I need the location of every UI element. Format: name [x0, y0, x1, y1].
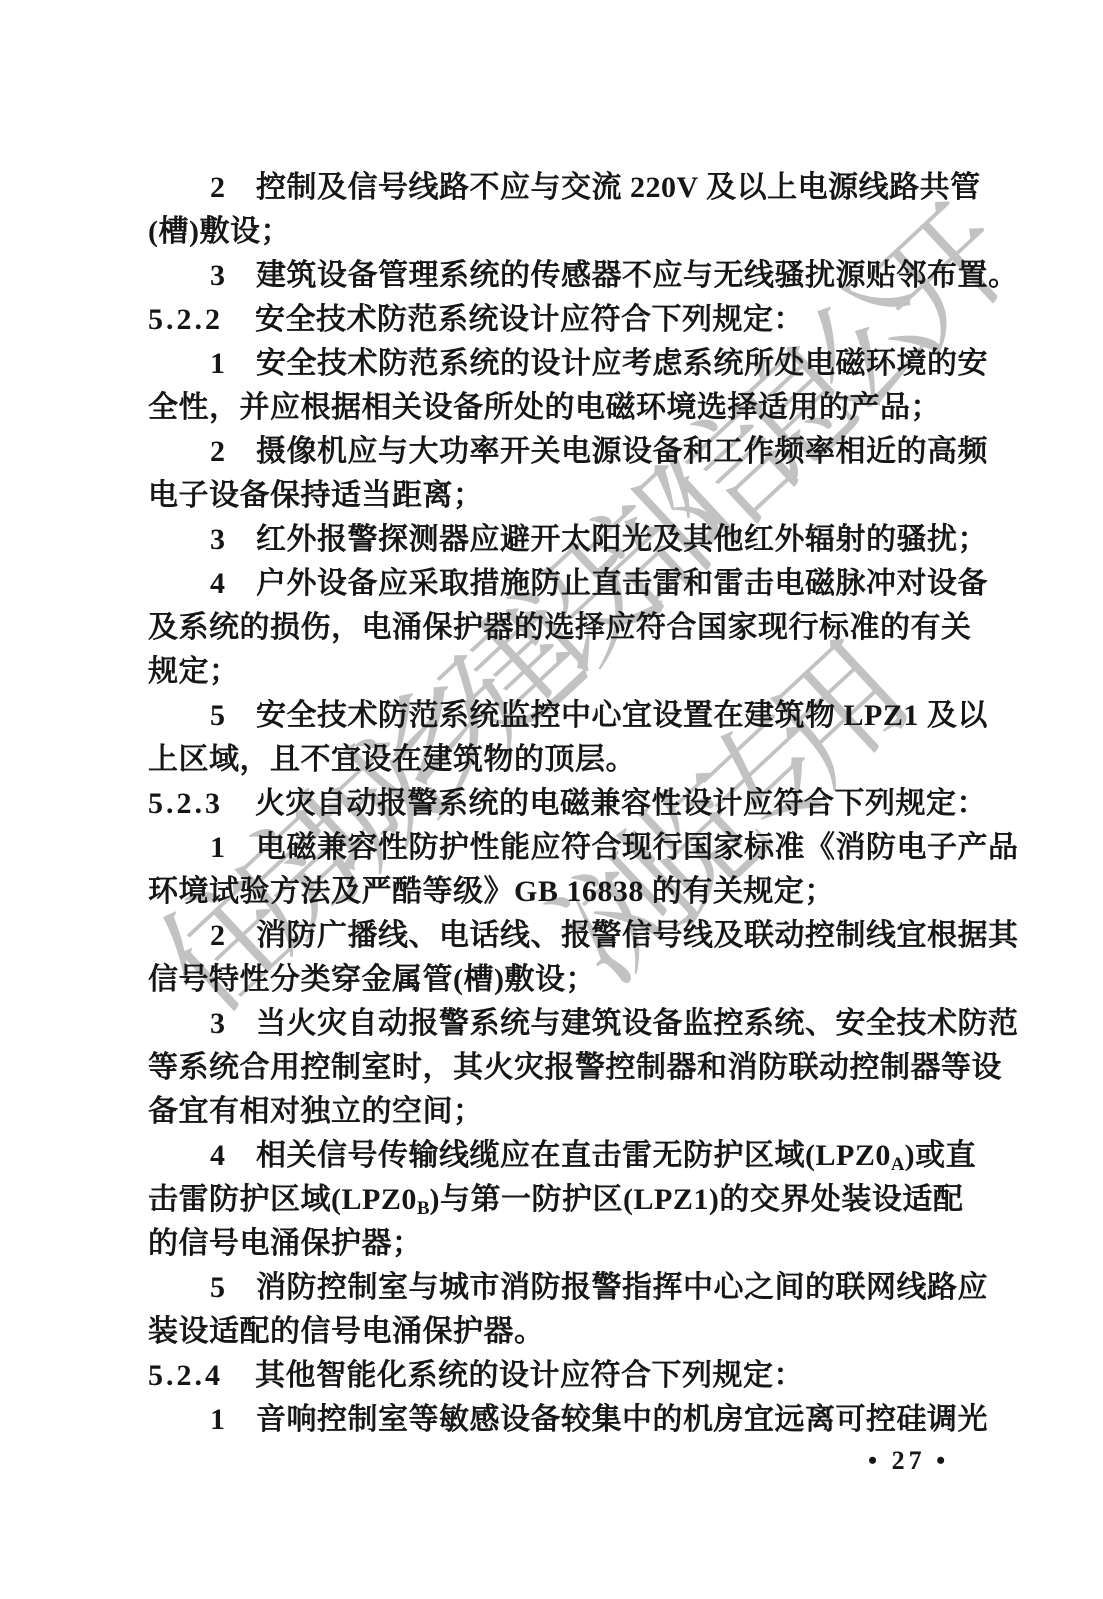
item-number: 3 — [210, 518, 226, 562]
text-line: 4户外设备应采取措施防止直击雷和雷击电磁脉冲对设备 — [148, 562, 978, 606]
line-text: 规定； — [148, 655, 240, 688]
document-text-block: 2控制及信号线路不应与交流 220V 及以上电源线路共管(槽)敷设；3建筑设备管… — [148, 166, 978, 1442]
line-text: 控制及信号线路不应与交流 220V 及以上电源线路共管 — [256, 171, 981, 204]
clause-number: 5.2.3 — [148, 782, 223, 826]
text-line: 1电磁兼容性防护性能应符合现行国家标准《消防电子产品 — [148, 826, 978, 870]
text-line: 及系统的损伤，电涌保护器的选择应符合国家现行标准的有关 — [148, 606, 978, 650]
item-number: 3 — [210, 254, 226, 298]
scanned-document-page: 住房城乡建设部信息公开 浏览专用 2控制及信号线路不应与交流 220V 及以上电… — [0, 0, 1103, 1599]
text-line: (槽)敷设； — [148, 210, 978, 254]
item-number: 4 — [210, 562, 226, 606]
text-line: 3红外报警探测器应避开太阳光及其他红外辐射的骚扰； — [148, 518, 978, 562]
line-text: 的信号电涌保护器； — [148, 1227, 423, 1260]
line-text: 信号特性分类穿金属管(槽)敷设； — [148, 963, 596, 996]
subscript-text: B — [417, 1198, 430, 1219]
text-line: 5消防控制室与城市消防报警指挥中心之间的联网线路应 — [148, 1266, 978, 1310]
text-line: 装设适配的信号电涌保护器。 — [148, 1310, 978, 1354]
line-text: 击雷防护区域(LPZ0 — [148, 1183, 417, 1216]
text-line: 上区域，且不宜设在建筑物的顶层。 — [148, 738, 978, 782]
line-text: 全性，并应根据相关设备所处的电磁环境选择适用的产品； — [148, 391, 941, 424]
text-line: 规定； — [148, 650, 978, 694]
text-line: 4相关信号传输线缆应在直击雷无防护区域(LPZ0A)或直 — [148, 1134, 978, 1178]
line-text: 环境试验方法及严酷等级》GB 16838 的有关规定； — [148, 875, 835, 908]
page-number: • 27 • — [868, 1446, 949, 1476]
line-text: 户外设备应采取措施防止直击雷和雷击电磁脉冲对设备 — [256, 567, 988, 600]
item-number: 1 — [210, 826, 226, 870]
line-text: (槽)敷设； — [148, 215, 291, 248]
line-text: 摄像机应与大功率开关电源设备和工作频率相近的高频 — [256, 435, 988, 468]
line-text: 消防广播线、电话线、报警信号线及联动控制线宜根据其 — [256, 919, 1019, 952]
line-text: 装设适配的信号电涌保护器。 — [148, 1315, 545, 1348]
subscript-text: A — [891, 1154, 905, 1175]
item-number: 4 — [210, 1134, 226, 1178]
item-number: 2 — [210, 914, 226, 958]
line-text: 安全技术防范系统设计应符合下列规定： — [255, 303, 804, 336]
item-number: 3 — [210, 1002, 226, 1046]
text-line: 信号特性分类穿金属管(槽)敷设； — [148, 958, 978, 1002]
item-number: 5 — [210, 1266, 226, 1310]
section-heading-line: 5.2.2安全技术防范系统设计应符合下列规定： — [148, 298, 978, 342]
line-text: 电子设备保持适当距离； — [148, 479, 484, 512]
line-text: 备宜有相对独立的空间； — [148, 1095, 484, 1128]
text-line: 等系统合用控制室时，其火灾报警控制器和消防联动控制器等设 — [148, 1046, 978, 1090]
item-number: 2 — [210, 166, 226, 210]
text-line: 3建筑设备管理系统的传感器不应与无线骚扰源贴邻布置。 — [148, 254, 978, 298]
line-text: 当火灾自动报警系统与建筑设备监控系统、安全技术防范 — [256, 1007, 1019, 1040]
item-number: 2 — [210, 430, 226, 474]
line-text: 火灾自动报警系统的电磁兼容性设计应符合下列规定： — [255, 787, 987, 820]
text-line: 电子设备保持适当距离； — [148, 474, 978, 518]
text-line: 1安全技术防范系统的设计应考虑系统所处电磁环境的安 — [148, 342, 978, 386]
item-number: 1 — [210, 342, 226, 386]
text-line: 环境试验方法及严酷等级》GB 16838 的有关规定； — [148, 870, 978, 914]
section-heading-line: 5.2.3火灾自动报警系统的电磁兼容性设计应符合下列规定： — [148, 782, 978, 826]
line-text: 等系统合用控制室时，其火灾报警控制器和消防联动控制器等设 — [148, 1051, 1002, 1084]
text-line: 3当火灾自动报警系统与建筑设备监控系统、安全技术防范 — [148, 1002, 978, 1046]
line-text: 音响控制室等敏感设备较集中的机房宜远离可控硅调光 — [256, 1403, 988, 1436]
text-line: 2摄像机应与大功率开关电源设备和工作频率相近的高频 — [148, 430, 978, 474]
text-line: 2消防广播线、电话线、报警信号线及联动控制线宜根据其 — [148, 914, 978, 958]
text-line: 2控制及信号线路不应与交流 220V 及以上电源线路共管 — [148, 166, 978, 210]
text-line: 1音响控制室等敏感设备较集中的机房宜远离可控硅调光 — [148, 1398, 978, 1442]
text-line: 的信号电涌保护器； — [148, 1222, 978, 1266]
line-text: 其他智能化系统的设计应符合下列规定： — [255, 1359, 804, 1392]
line-text: 及系统的损伤，电涌保护器的选择应符合国家现行标准的有关 — [148, 611, 972, 644]
line-text: )或直 — [905, 1139, 977, 1172]
text-line: 全性，并应根据相关设备所处的电磁环境选择适用的产品； — [148, 386, 978, 430]
line-text: 消防控制室与城市消防报警指挥中心之间的联网线路应 — [256, 1271, 988, 1304]
text-line: 击雷防护区域(LPZ0B)与第一防护区(LPZ1)的交界处装设适配 — [148, 1178, 978, 1222]
line-text: 相关信号传输线缆应在直击雷无防护区域(LPZ0 — [256, 1139, 891, 1172]
section-heading-line: 5.2.4其他智能化系统的设计应符合下列规定： — [148, 1354, 978, 1398]
item-number: 5 — [210, 694, 226, 738]
item-number: 1 — [210, 1398, 226, 1442]
line-text: 安全技术防范系统监控中心宜设置在建筑物 LPZ1 及以 — [256, 699, 988, 732]
line-text: 红外报警探测器应避开太阳光及其他红外辐射的骚扰； — [256, 523, 988, 556]
line-text: )与第一防护区(LPZ1)的交界处装设适配 — [430, 1183, 964, 1216]
text-line: 备宜有相对独立的空间； — [148, 1090, 978, 1134]
line-text: 电磁兼容性防护性能应符合现行国家标准《消防电子产品 — [256, 831, 1019, 864]
line-text: 建筑设备管理系统的传感器不应与无线骚扰源贴邻布置。 — [256, 259, 1019, 292]
clause-number: 5.2.4 — [148, 1354, 223, 1398]
line-text: 安全技术防范系统的设计应考虑系统所处电磁环境的安 — [256, 347, 988, 380]
text-line: 5安全技术防范系统监控中心宜设置在建筑物 LPZ1 及以 — [148, 694, 978, 738]
clause-number: 5.2.2 — [148, 298, 223, 342]
line-text: 上区域，且不宜设在建筑物的顶层。 — [148, 743, 636, 776]
